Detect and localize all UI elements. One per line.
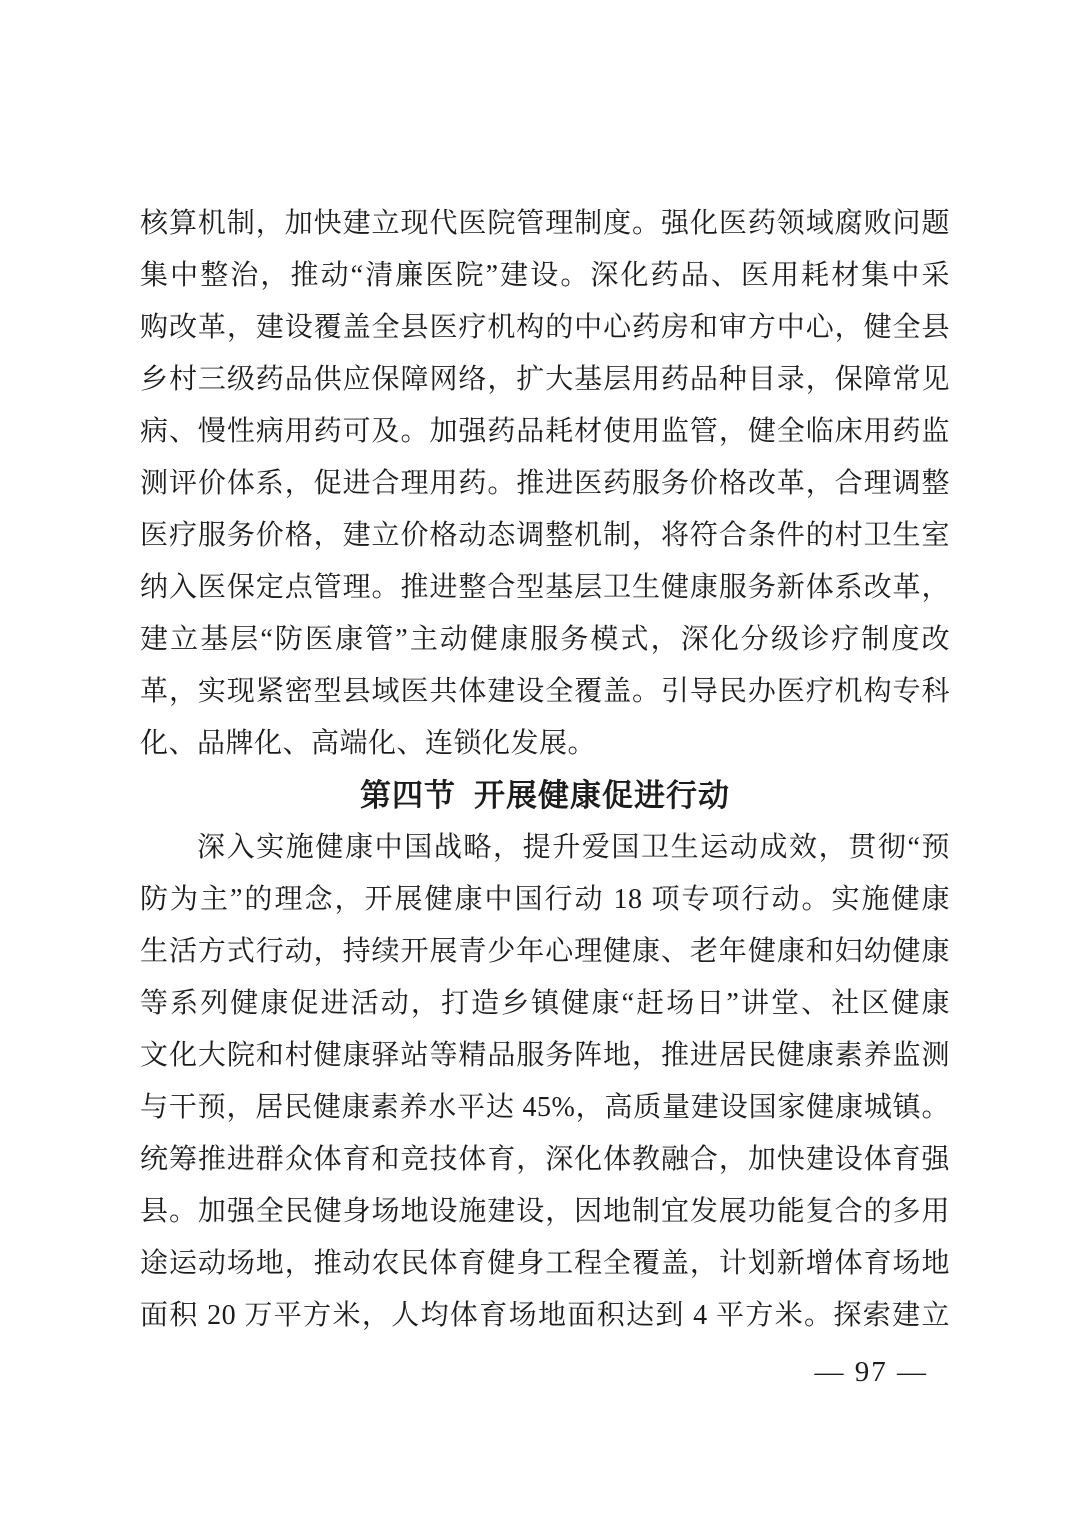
text-line: 生活方式行动，持续开展青少年心理健康、老年健康和妇幼健康 <box>140 926 950 978</box>
text-line: 面积 20 万平方米，人均体育场地面积达到 4 平方米。探索建立 <box>140 1290 950 1342</box>
text-line: 与干预，居民健康素养水平达 45%，高质量建设国家健康城镇。 <box>140 1082 950 1134</box>
text-line: 购改革，建设覆盖全县医疗机构的中心药房和审方中心，健全县 <box>140 302 950 354</box>
text-line: 革，实现紧密型县域医共体建设全覆盖。引导民办医疗机构专科 <box>140 666 950 718</box>
text-line: 深入实施健康中国战略，提升爱国卫生运动成效，贯彻“预 <box>140 822 950 874</box>
text-line: 测评价体系，促进合理用药。推进医药服务价格改革，合理调整 <box>140 458 950 510</box>
section-heading-number: 第四节 <box>360 778 456 813</box>
text-line: 县。加强全民健身场地设施建设，因地制宜发展功能复合的多用 <box>140 1186 950 1238</box>
text-line: 统筹推进群众体育和竞技体育，深化体教融合，加快建设体育强 <box>140 1134 950 1186</box>
text-line: 途运动场地，推动农民体育健身工程全覆盖，计划新增体育场地 <box>140 1238 950 1290</box>
text-line: 纳入医保定点管理。推进整合型基层卫生健康服务新体系改革， <box>140 562 950 614</box>
text-line: 病、慢性病用药可及。加强药品耗材使用监管，健全临床用药监 <box>140 406 950 458</box>
text-line: 防为主”的理念，开展健康中国行动 18 项专项行动。实施健康 <box>140 874 950 926</box>
section-heading: 第四节开展健康促进行动 <box>140 770 950 822</box>
section-heading-title: 开展健康促进行动 <box>474 778 730 813</box>
text-line: 核算机制，加快建立现代医院管理制度。强化医药领域腐败问题 <box>140 198 950 250</box>
text-line: 医疗服务价格，建立价格动态调整机制，将符合条件的村卫生室 <box>140 510 950 562</box>
text-line: 建立基层“防医康管”主动健康服务模式，深化分级诊疗制度改 <box>140 614 950 666</box>
text-line: 乡村三级药品供应保障网络，扩大基层用药品种目录，保障常见 <box>140 354 950 406</box>
text-line: 文化大院和村健康驿站等精品服务阵地，推进居民健康素养监测 <box>140 1030 950 1082</box>
page-number: — 97 — <box>815 1350 929 1394</box>
text-line: 等系列健康促进活动，打造乡镇健康“赶场日”讲堂、社区健康 <box>140 978 950 1030</box>
text-line: 集中整治，推动“清廉医院”建设。深化药品、医用耗材集中采 <box>140 250 950 302</box>
document-text-block: 核算机制，加快建立现代医院管理制度。强化医药领域腐败问题 集中整治，推动“清廉医… <box>140 198 950 1342</box>
document-page: 核算机制，加快建立现代医院管理制度。强化医药领域腐败问题 集中整治，推动“清廉医… <box>0 0 1074 1520</box>
text-line: 化、品牌化、高端化、连锁化发展。 <box>140 718 950 770</box>
